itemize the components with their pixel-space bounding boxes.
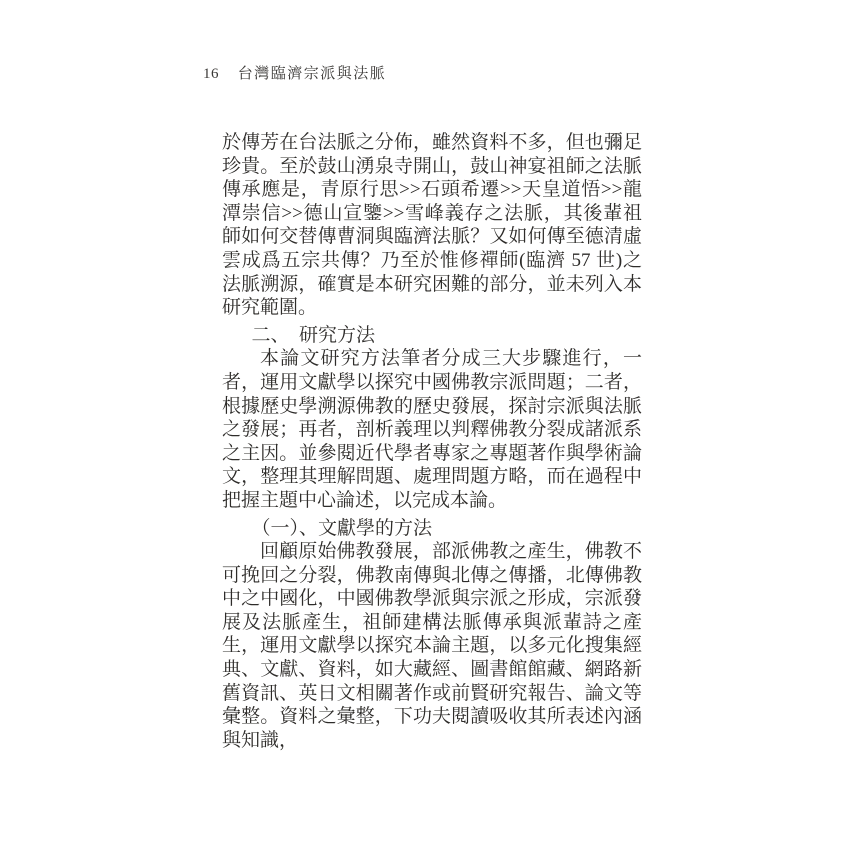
paragraph-lineage-distribution: 於傳芳在台法脈之分佈，雖然資料不多，但也彌足珍貴。至於鼓山湧泉寺開山，鼓山神宴祖… (222, 131, 642, 320)
paragraph-research-steps: 本論文研究方法筆者分成三大步驟進行，一者，運用文獻學以探究中國佛教宗派問題；二者… (222, 347, 642, 512)
running-header: 16 台灣臨濟宗派與法脈 (203, 64, 386, 84)
paragraph-philology-method: 回顧原始佛教發展，部派佛教之產生，佛教不可挽回之分裂，佛教南傳與北傳之傳播，北傳… (222, 540, 642, 752)
page-number: 16 (203, 66, 219, 82)
sub-heading-philology-method: （一）、文獻學的方法 (222, 517, 642, 541)
book-page: 16 台灣臨濟宗派與法脈 於傳芳在台法脈之分佈，雖然資料不多，但也彌足珍貴。至於… (0, 0, 850, 850)
page-body: 於傳芳在台法脈之分佈，雖然資料不多，但也彌足珍貴。至於鼓山湧泉寺開山，鼓山神宴祖… (222, 131, 642, 752)
section-heading-research-method: 二、 研究方法 (222, 324, 642, 348)
running-head-title: 台灣臨濟宗派與法脈 (238, 66, 387, 82)
